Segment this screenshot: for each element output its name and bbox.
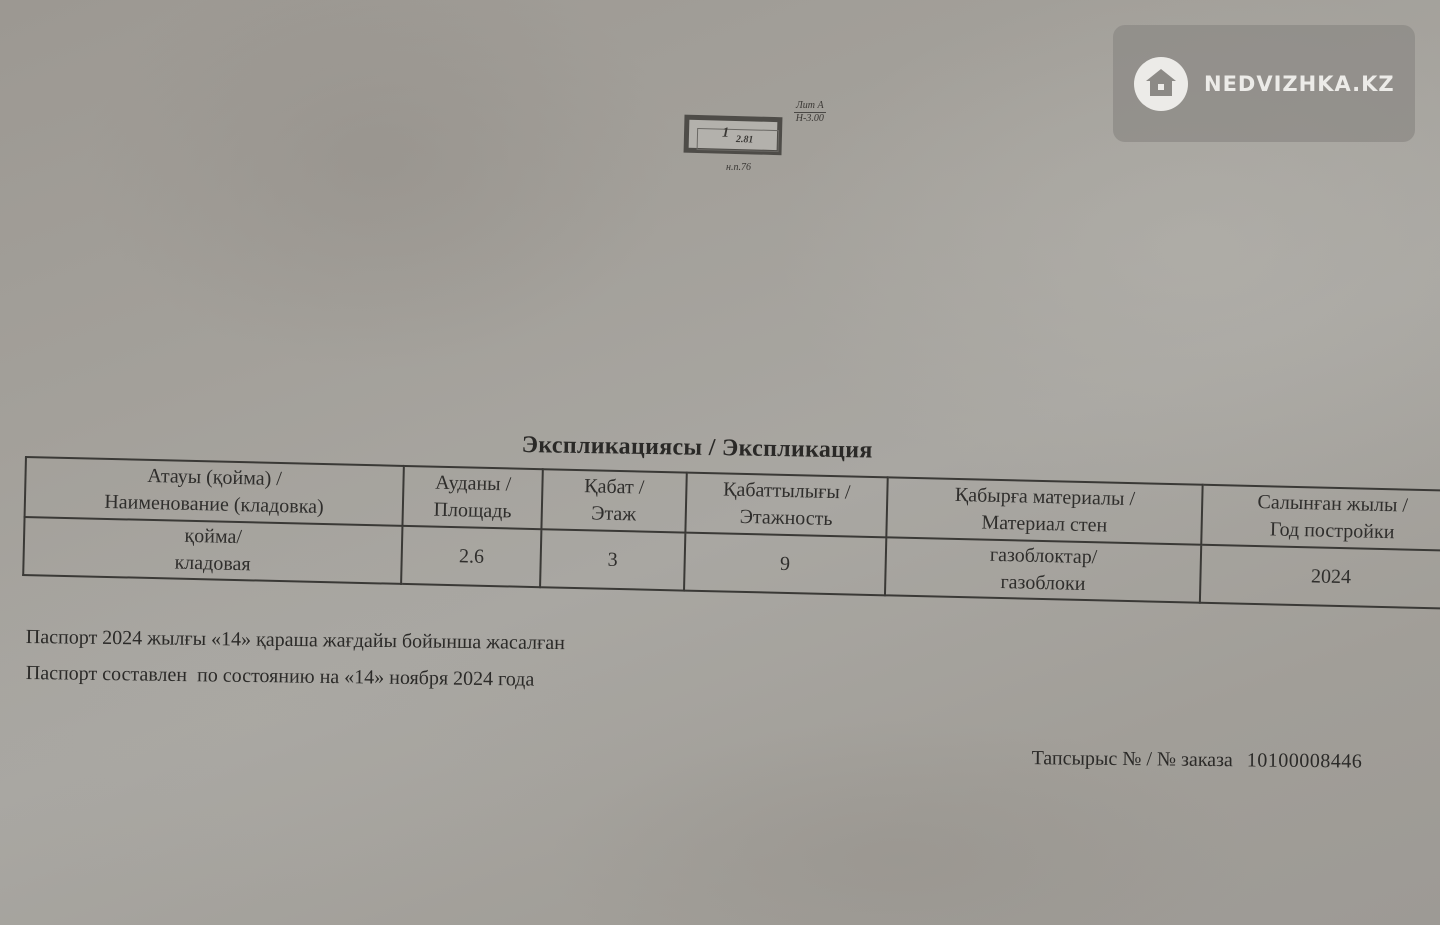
plan-room-area: 2.81 — [736, 134, 754, 145]
watermark-text: NEDVIZHKA.KZ — [1204, 72, 1395, 96]
explication-title: Экспликациясы / Экспликация — [522, 432, 873, 465]
column-header-wall-material: Қабырға материалы / Материал стен — [887, 477, 1203, 544]
watermark-badge: NEDVIZHKA.KZ — [1113, 25, 1415, 142]
column-header-area: Ауданы / Площадь — [403, 466, 543, 529]
plan-room-number: 1 — [722, 126, 729, 142]
explication-table: Атауы (қойма) / Наименование (кладовка) … — [22, 456, 1440, 610]
order-label: Тапсырыс № / № заказа — [1032, 747, 1233, 771]
column-header-build-year: Салынған жылы / Год постройки — [1201, 485, 1440, 551]
plan-height-label: Н-3.00 — [794, 113, 826, 125]
cell-build-year: 2024 — [1200, 545, 1440, 609]
cell-name: қойма/ кладовая — [23, 517, 402, 584]
house-icon — [1134, 57, 1188, 111]
cell-floor: 3 — [540, 529, 685, 590]
cell-area: 2.6 — [401, 526, 541, 587]
plan-np-label: н.п.76 — [726, 162, 751, 173]
passport-date-ru: Паспорт составлен по состоянию на «14» н… — [26, 662, 535, 692]
order-number: 10100008446 — [1247, 749, 1363, 772]
cell-floors-total: 9 — [684, 533, 887, 596]
floor-plan-sketch: 1 2.81 — [683, 111, 788, 160]
passport-date-kk: Паспорт 2024 жылғы «14» қараша жағдайы б… — [26, 626, 565, 655]
plan-lit-name: Лит А — [794, 100, 826, 113]
order-number-line: Тапсырыс № / № заказа10100008446 — [1022, 724, 1363, 774]
plan-room-outline — [684, 115, 783, 156]
column-header-floor: Қабат / Этаж — [542, 469, 687, 532]
cell-wall-material: газоблоктар/ газоблоки — [885, 537, 1201, 602]
column-header-name: Атауы (қойма) / Наименование (кладовка) — [25, 457, 404, 526]
column-header-floors-total: Қабаттылығы / Этажность — [685, 473, 888, 538]
plan-lit-label: Лит А Н-3.00 — [794, 100, 826, 125]
